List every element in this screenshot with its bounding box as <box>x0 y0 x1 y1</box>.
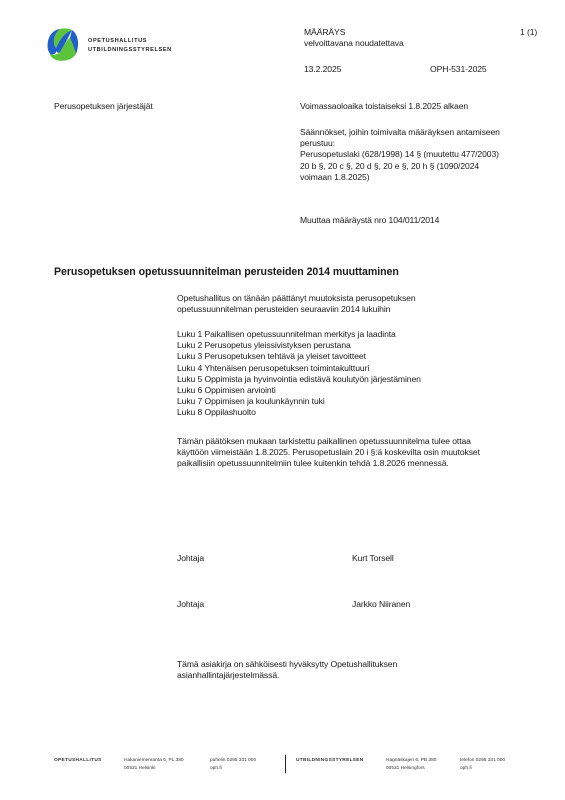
signature-name: Kurt Torsell <box>352 553 394 564</box>
decision: Tämän päätöksen mukaan tarkistettu paika… <box>177 436 480 470</box>
signature-role: Johtaja <box>177 599 204 610</box>
signature-name: Jarkko Niiranen <box>352 599 410 610</box>
org-name-sv: UTBILDNINGSSTYRELSEN <box>88 46 172 55</box>
amends: Muuttaa määräystä nro 104/011/2014 <box>300 215 439 226</box>
org-name-fi: OPETUSHALLITUS <box>88 37 172 46</box>
doc-type: MÄÄRÄYS <box>304 27 345 38</box>
decision-line: Tämän päätöksen mukaan tarkistettu paika… <box>177 436 480 447</box>
footer-address-line: 00531 Helsinki <box>124 765 184 773</box>
page-number: 1 (1) <box>520 27 537 38</box>
logo-text: OPETUSHALLITUS UTBILDNINGSSTYRELSEN <box>88 37 172 55</box>
footer-org-fi: OPETUSHALLITUS <box>54 757 102 765</box>
chapter-item: Luku 1 Paikallisen opetussuunnitelman me… <box>177 329 421 340</box>
chapter-item: Luku 5 Oppimista ja hyvinvointia edistäv… <box>177 374 421 385</box>
footer-divider <box>285 755 286 773</box>
footer-address-sv: Hagnäskajen 6, PB 380 00531 Helsingfors <box>386 757 436 773</box>
doc-date: 13.2.2025 <box>304 64 341 75</box>
legal-basis-line: perustuu: <box>300 138 500 149</box>
legal-basis: Säännökset, joihin toimivalta määräyksen… <box>300 127 500 183</box>
footer-address-fi: Hakaniemenranta 6, PL 380 00531 Helsinki <box>124 757 184 773</box>
intro-line: opetussuunnitelman perusteiden seuraavii… <box>177 304 416 315</box>
footer-web: oph.fi <box>210 765 256 773</box>
chapter-item: Luku 8 Oppilashuolto <box>177 407 421 418</box>
chapter-item: Luku 2 Perusopetus yleissivistyksen peru… <box>177 340 421 351</box>
footer-contact-fi: puhelin 0295 331 000 oph.fi <box>210 757 256 773</box>
doc-reference: OPH-531-2025 <box>430 64 487 75</box>
doc-subtype: velvoittavana noudatettava <box>304 38 404 49</box>
footer-org-sv: UTBILDNINGSSTYRELSEN <box>296 757 364 765</box>
footer-web: oph.fi <box>460 765 505 773</box>
decision-line: paikallisiin opetussuunnitelmiin tulee k… <box>177 458 480 469</box>
chapter-list: Luku 1 Paikallisen opetussuunnitelman me… <box>177 329 421 419</box>
signature-role: Johtaja <box>177 553 204 564</box>
approval-note: Tämä asiakirja on sähköisesti hyväksytty… <box>177 659 397 681</box>
footer-address-line: 00531 Helsingfors <box>386 765 436 773</box>
intro: Opetushallitus on tänään päättänyt muuto… <box>177 293 416 315</box>
validity: Voimassaoloaika toistaiseksi 1.8.2025 al… <box>300 101 468 112</box>
legal-basis-line: Perusopetuslaki (628/1998) 14 § (muutett… <box>300 149 500 160</box>
footer-phone: puhelin 0295 331 000 <box>210 757 256 765</box>
footer-address-line: Hakaniemenranta 6, PL 380 <box>124 757 184 765</box>
footer-contact-sv: telefon 0295 331 000 oph.fi <box>460 757 505 773</box>
chapter-item: Luku 3 Perusopetuksen tehtävä ja yleiset… <box>177 351 421 362</box>
chapter-item: Luku 7 Oppimisen ja koulunkäynnin tuki <box>177 396 421 407</box>
decision-line: käyttöön viimeistään 1.8.2025. Perusopet… <box>177 447 480 458</box>
recipient: Perusopetuksen järjestäjät <box>54 101 153 112</box>
footer-address-line: Hagnäskajen 6, PB 380 <box>386 757 436 765</box>
approval-line: asianhallintajärjestelmässä. <box>177 670 397 681</box>
chapter-item: Luku 4 Yhtenäisen perusopetuksen toimint… <box>177 363 421 374</box>
document-title: Perusopetuksen opetussuunnitelman perust… <box>54 266 399 278</box>
legal-basis-line: 20 b §, 20 c §, 20 d §, 20 e §, 20 h § (… <box>300 161 500 172</box>
footer-phone: telefon 0295 331 000 <box>460 757 505 765</box>
intro-line: Opetushallitus on tänään päättänyt muuto… <box>177 293 416 304</box>
legal-basis-line: Säännökset, joihin toimivalta määräyksen… <box>300 127 500 138</box>
chapter-item: Luku 6 Oppimisen arviointi <box>177 385 421 396</box>
legal-basis-line: voimaan 1.8.2025) <box>300 172 500 183</box>
approval-line: Tämä asiakirja on sähköisesti hyväksytty… <box>177 659 397 670</box>
oph-logo-icon <box>42 24 82 64</box>
